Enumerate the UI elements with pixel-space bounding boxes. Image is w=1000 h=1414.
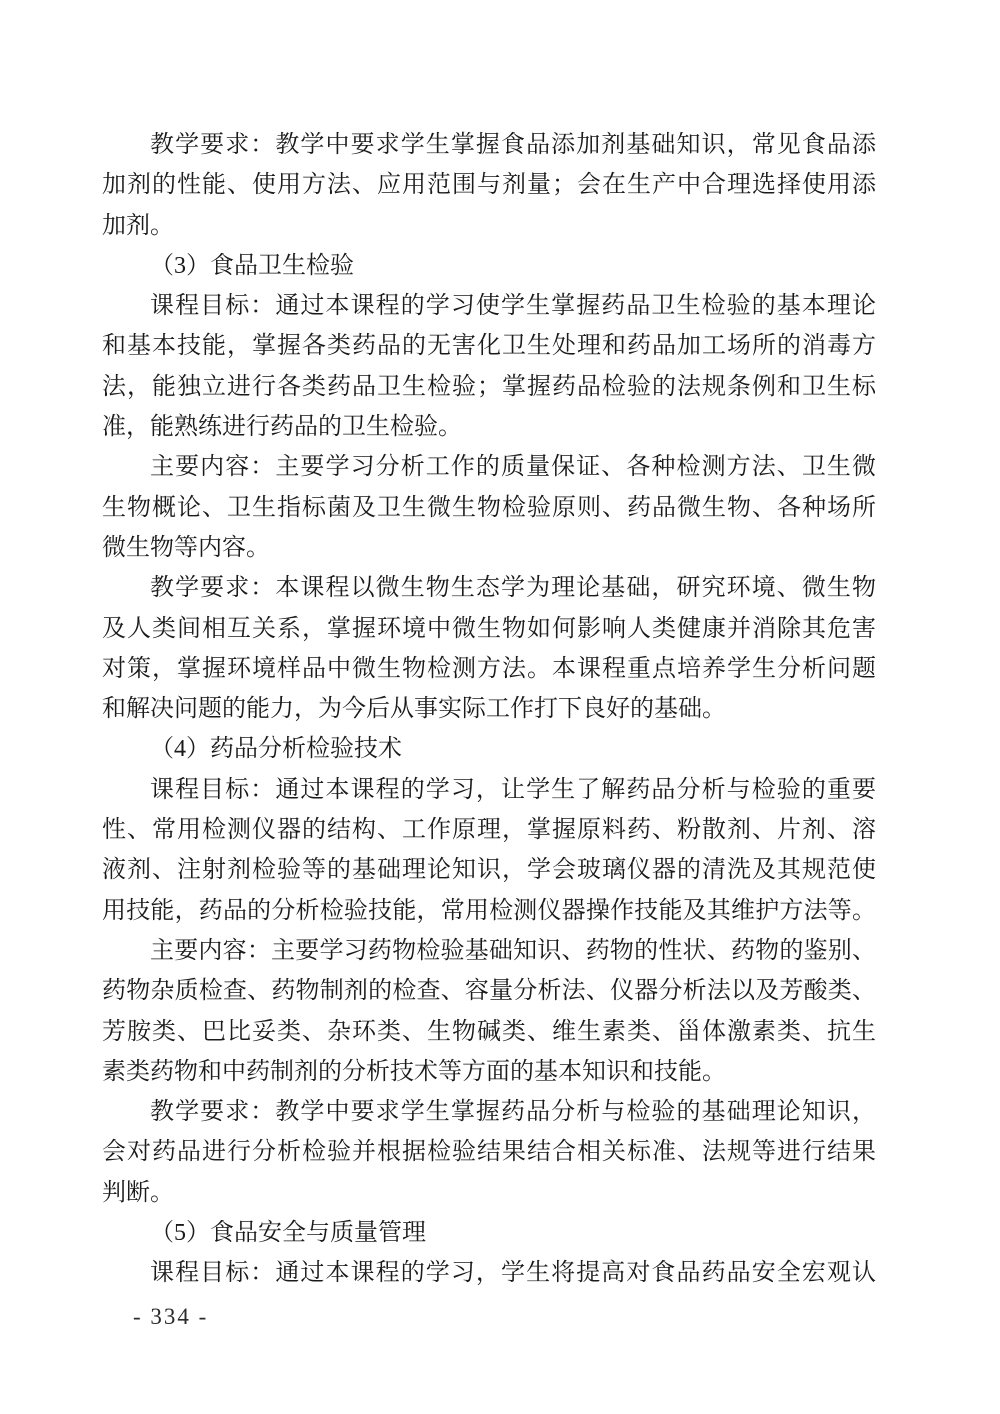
text-line: 对策，掌握环境样品中微生物检测方法。本课程重点培养学生分析问题 bbox=[102, 649, 876, 689]
page-number: - 334 - bbox=[133, 1304, 208, 1330]
text-line: 课程目标：通过本课程的学习使学生掌握药品卫生检验的基本理论 bbox=[102, 286, 876, 326]
text-line: 主要内容：主要学习分析工作的质量保证、各种检测方法、卫生微 bbox=[102, 447, 876, 487]
text-line: 液剂、注射剂检验等的基础理论知识，学会玻璃仪器的清洗及其规范使 bbox=[102, 850, 876, 890]
text-line: 教学要求：教学中要求学生掌握药品分析与检验的基础理论知识， bbox=[102, 1092, 876, 1132]
text-line: 微生物等内容。 bbox=[102, 528, 876, 568]
text-line: 加剂的性能、使用方法、应用范围与剂量；会在生产中合理选择使用添 bbox=[102, 165, 876, 205]
document-page: 教学要求：教学中要求学生掌握食品添加剂基础知识，常见食品添加剂的性能、使用方法、… bbox=[0, 0, 1000, 1414]
text-line: 主要内容：主要学习药物检验基础知识、药物的性状、药物的鉴别、 bbox=[102, 931, 876, 971]
text-line: 教学要求：本课程以微生物生态学为理论基础，研究环境、微生物 bbox=[102, 568, 876, 608]
text-line: 法，能独立进行各类药品卫生检验；掌握药品检验的法规条例和卫生标 bbox=[102, 367, 876, 407]
text-line: 生物概论、卫生指标菌及卫生微生物检验原则、药品微生物、各种场所 bbox=[102, 488, 876, 528]
text-line: 用技能，药品的分析检验技能，常用检测仪器操作技能及其维护方法等。 bbox=[102, 891, 876, 931]
text-line: 教学要求：教学中要求学生掌握食品添加剂基础知识，常见食品添 bbox=[102, 125, 876, 165]
text-line: 判断。 bbox=[102, 1173, 876, 1213]
text-line: （3）食品卫生检验 bbox=[102, 246, 876, 286]
text-line: 加剂。 bbox=[102, 206, 876, 246]
text-line: （4）药品分析检验技术 bbox=[102, 729, 876, 769]
text-line: 药物杂质检查、药物制剂的检查、容量分析法、仪器分析法以及芳酸类、 bbox=[102, 971, 876, 1011]
text-line: 和基本技能，掌握各类药品的无害化卫生处理和药品加工场所的消毒方 bbox=[102, 326, 876, 366]
text-line: 素类药物和中药制剂的分析技术等方面的基本知识和技能。 bbox=[102, 1052, 876, 1092]
text-line: 会对药品进行分析检验并根据检验结果结合相关标准、法规等进行结果 bbox=[102, 1132, 876, 1172]
document-body: 教学要求：教学中要求学生掌握食品添加剂基础知识，常见食品添加剂的性能、使用方法、… bbox=[102, 125, 876, 1294]
text-line: 准，能熟练进行药品的卫生检验。 bbox=[102, 407, 876, 447]
text-line: 课程目标：通过本课程的学习，学生将提高对食品药品安全宏观认 bbox=[102, 1253, 876, 1293]
text-line: 课程目标：通过本课程的学习，让学生了解药品分析与检验的重要 bbox=[102, 770, 876, 810]
text-line: 和解决问题的能力，为今后从事实际工作打下良好的基础。 bbox=[102, 689, 876, 729]
text-line: （5）食品安全与质量管理 bbox=[102, 1213, 876, 1253]
text-line: 芳胺类、巴比妥类、杂环类、生物碱类、维生素类、甾体激素类、抗生 bbox=[102, 1012, 876, 1052]
text-line: 性、常用检测仪器的结构、工作原理，掌握原料药、粉散剂、片剂、溶 bbox=[102, 810, 876, 850]
text-line: 及人类间相互关系，掌握环境中微生物如何影响人类健康并消除其危害 bbox=[102, 609, 876, 649]
